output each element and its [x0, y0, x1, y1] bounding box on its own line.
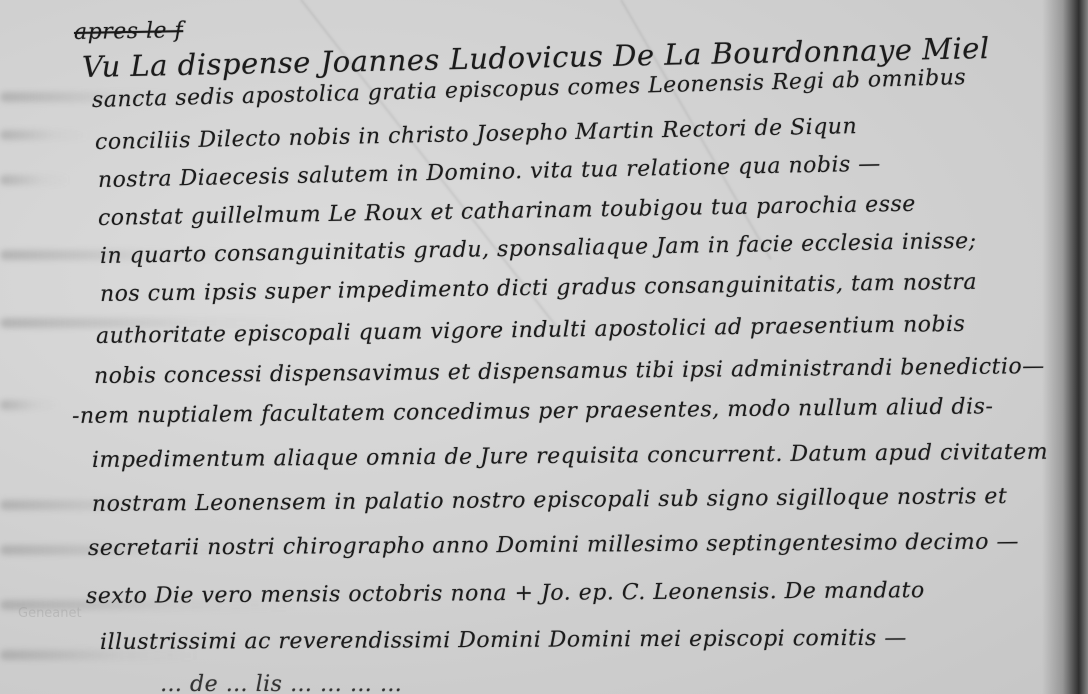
bleed-through-stain	[0, 130, 90, 140]
manuscript-line-4: nostra Diaecesis salutem in Domino. vita…	[98, 152, 881, 193]
binding-gutter-shadow	[1042, 0, 1088, 694]
manuscript-line-15: illustrissimi ac reverendissimi Domini D…	[100, 626, 907, 655]
struck-header-note: apres le f	[74, 18, 184, 45]
bleed-through-stain	[0, 400, 60, 410]
watermark: Geneanet	[18, 606, 82, 621]
bleed-through-stain	[0, 175, 70, 185]
manuscript-line-5: constat guillelmum Le Roux et catharinam…	[98, 192, 916, 231]
manuscript-line-12: nostram Leonensem in palatio nostro epis…	[92, 484, 1007, 517]
manuscript-line-14: sexto Die vero mensis octobris nona + Jo…	[86, 578, 925, 609]
manuscript-line-10: -nem nuptialem facultatem concedimus per…	[72, 394, 994, 429]
manuscript-line-16-cut: … de … lis … … … …	[160, 672, 402, 694]
manuscript-line-11: impedimentum aliaque omnia de Jure requi…	[92, 440, 1048, 473]
manuscript-page: apres le f Vu La dispense Joannes Ludovi…	[0, 0, 1088, 694]
manuscript-line-3: conciliis Dilecto nobis in christo Josep…	[95, 114, 858, 155]
manuscript-line-6: in quarto consanguinitatis gradu, sponsa…	[100, 229, 977, 269]
manuscript-line-13: secretarii nostri chirographo anno Domin…	[88, 530, 1019, 561]
manuscript-line-9: nobis concessi dispensavimus et dispensa…	[94, 354, 1045, 389]
